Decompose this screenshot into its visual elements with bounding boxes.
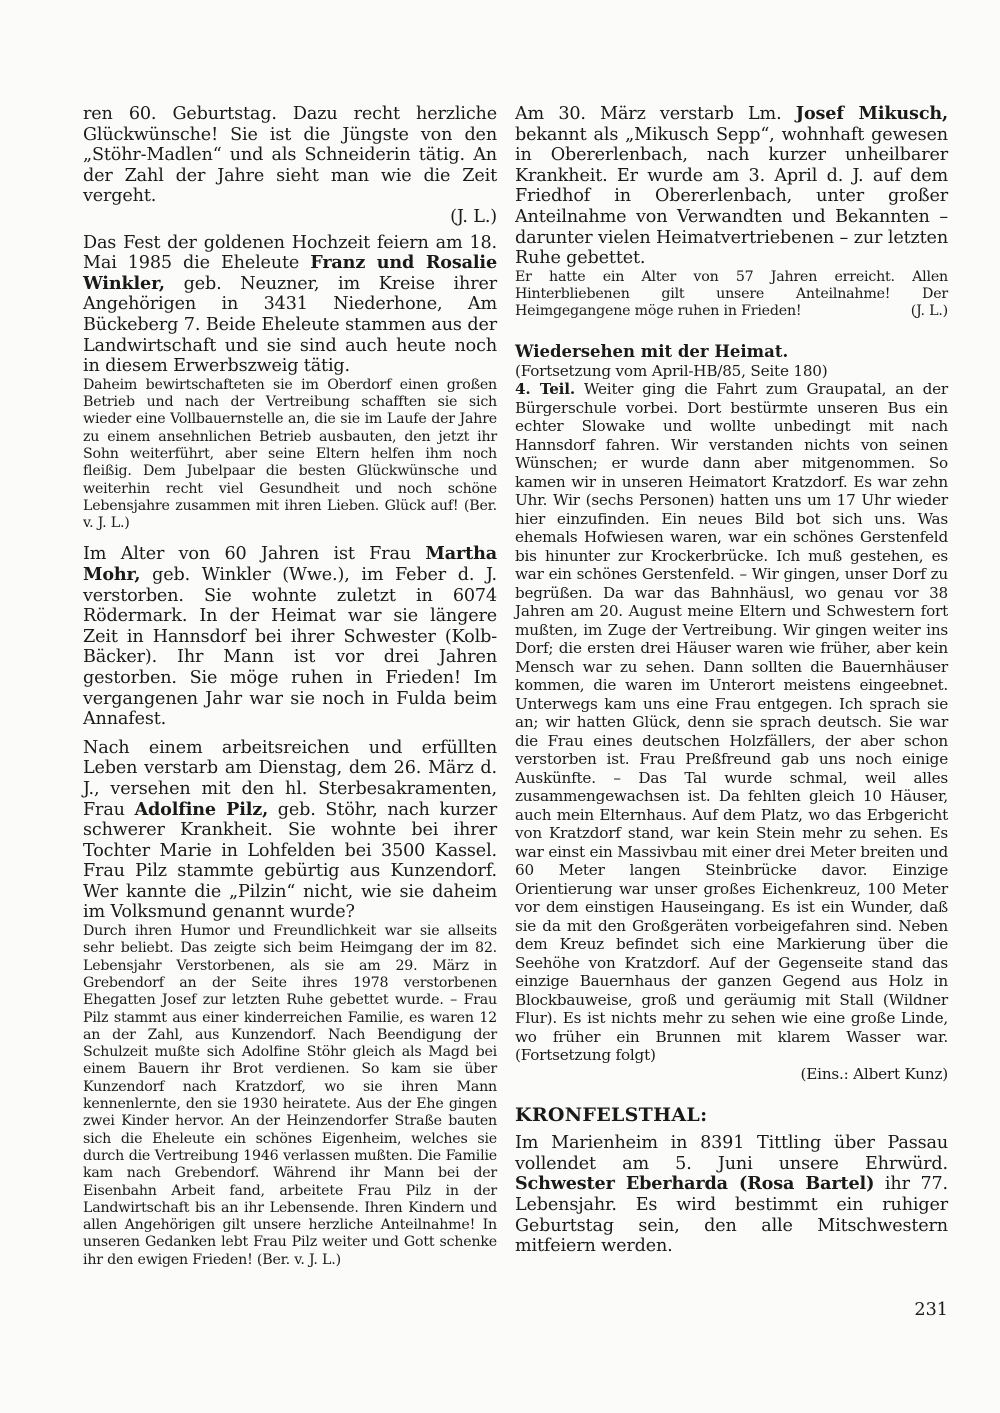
article-title: Wiedersehen mit der Heimat. xyxy=(515,341,948,362)
golden-wedding-details: Daheim bewirtschafteten sie im Oberdorf … xyxy=(83,377,497,533)
obituary-adolfine-pilz-details: Durch ihren Humor und Freundlichkeit war… xyxy=(83,923,497,1269)
kronfelsthal-section: KRONFELSTHAL: Im Marienheim in 8391 Titt… xyxy=(515,1103,948,1257)
text: geb. Winkler (Wwe.), im Feber d. J. vers… xyxy=(83,565,497,729)
text: bekannt als „Mikusch Sepp“, wohnhaft gew… xyxy=(515,125,948,269)
text: Im Marienheim in 8391 Tittling über Pass… xyxy=(515,1133,948,1174)
deceased-name: Adolfine Pilz, xyxy=(135,799,269,820)
text: Weiter ging die Fahrt zum Graupatal, an … xyxy=(515,380,948,1064)
left-column: ren 60. Geburtstag. Dazu recht herzliche… xyxy=(83,104,497,1269)
obituary-martha-mohr: Im Alter von 60 Jahren ist Frau Martha M… xyxy=(83,544,497,729)
obituary-josef-mikusch: Am 30. März verstarb Lm. Josef Mikusch, … xyxy=(515,104,948,269)
author-credit: (J. L.) xyxy=(911,303,948,320)
obituary-adolfine-pilz: Nach einem arbeitsreichen und erfüllten … xyxy=(83,738,497,923)
text: Am 30. März verstarb Lm. xyxy=(515,104,796,124)
article: Wiedersehen mit der Heimat. (Fortsetzung… xyxy=(515,333,948,1084)
birthday-paragraph: ren 60. Geburtstag. Dazu recht herzliche… xyxy=(83,104,497,228)
birthday-text: ren 60. Geburtstag. Dazu recht herzliche… xyxy=(83,104,497,206)
golden-wedding-paragraph: Das Fest der goldenen Hochzeit feiern am… xyxy=(83,233,497,377)
page-number: 231 xyxy=(900,1300,948,1320)
section-body: Im Marienheim in 8391 Tittling über Pass… xyxy=(515,1133,948,1257)
section-heading: KRONFELSTHAL: xyxy=(515,1103,948,1127)
right-column: Am 30. März verstarb Lm. Josef Mikusch, … xyxy=(515,104,948,1257)
person-name: Schwester Eberharda (Rosa Bartel) xyxy=(515,1173,874,1194)
deceased-name: Josef Mikusch, xyxy=(796,103,948,124)
text: Im Alter von 60 Jahren ist Frau xyxy=(83,544,425,564)
article-body: 4. Teil. Weiter ging die Fahrt zum Graup… xyxy=(515,380,948,1065)
article-credit: (Eins.: Albert Kunz) xyxy=(515,1065,948,1084)
obituary-josef-mikusch-details: Er hatte ein Alter von 57 Jahren erreich… xyxy=(515,269,948,321)
author-credit: (J. L.) xyxy=(83,207,497,228)
article-part-label: 4. Teil. xyxy=(515,380,575,398)
text: Er hatte ein Alter von 57 Jahren erreich… xyxy=(515,269,948,320)
article-subtitle: (Fortsetzung vom April-HB/85, Seite 180) xyxy=(515,362,948,381)
